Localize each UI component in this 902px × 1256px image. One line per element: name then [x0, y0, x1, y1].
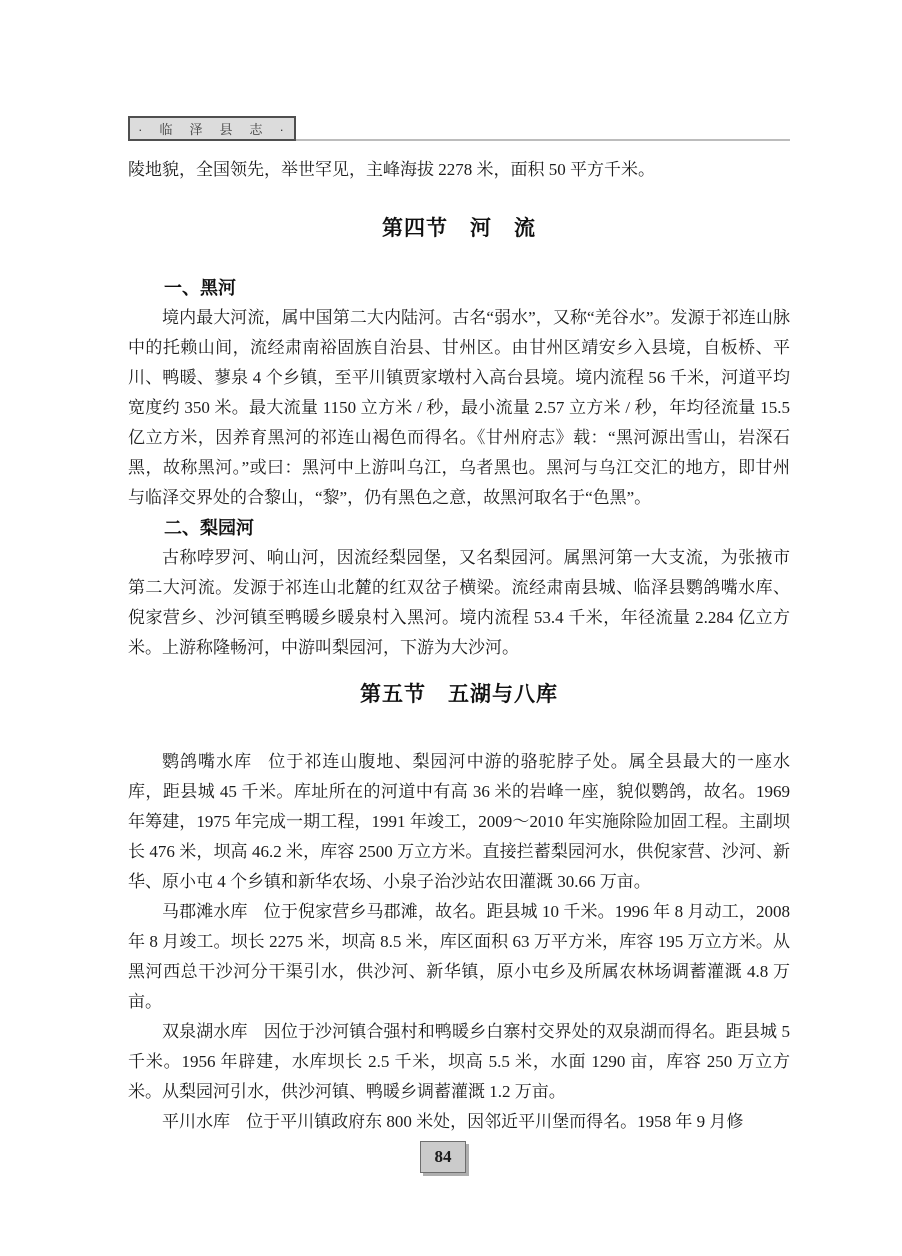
document-page: · 临 泽 县 志 · 陵地貌，全国领先，举世罕见，主峰海拔 2278 米，面积… [0, 0, 902, 1256]
entry-majuntan-reservoir: 马郡滩水库位于倪家营乡马郡滩，故名。距县城 10 千米。1996 年 8 月动工… [128, 897, 790, 1017]
entry-text: 位于平川镇政府东 800 米处，因邻近平川堡而得名。1958 年 9 月修 [246, 1112, 743, 1131]
entry-yinggezui-reservoir: 鹦鸽嘴水库位于祁连山腹地、梨园河中游的骆驼脖子处。属全县最大的一座水库，距县城 … [128, 747, 790, 897]
section-title-rivers: 第四节 河 流 [128, 215, 790, 243]
paragraph-liyuanhe: 古称哱罗河、响山河，因流经梨园堡，又名梨园河。属黑河第一大支流，为张掖市第二大河… [128, 543, 790, 663]
entry-term: 马郡滩水库 [162, 902, 264, 921]
section-title-lakes: 第五节 五湖与八库 [128, 681, 790, 709]
subsection-title-heihe: 一、黑河 [128, 273, 790, 303]
entry-pingchuan-reservoir: 平川水库位于平川镇政府东 800 米处，因邻近平川堡而得名。1958 年 9 月… [128, 1107, 790, 1137]
subsection-title-liyuanhe: 二、梨园河 [128, 513, 790, 543]
paragraph-heihe: 境内最大河流，属中国第二大内陆河。古名“弱水”，又称“羌谷水”。发源于祁连山脉中… [128, 303, 790, 513]
page-content: 陵地貌，全国领先，举世罕见，主峰海拔 2278 米，面积 50 平方千米。 第四… [128, 155, 790, 1137]
entry-term: 平川水库 [162, 1112, 246, 1131]
continued-paragraph: 陵地貌，全国领先，举世罕见，主峰海拔 2278 米，面积 50 平方千米。 [128, 155, 790, 185]
entry-text: 位于祁连山腹地、梨园河中游的骆驼脖子处。属全县最大的一座水库，距县城 45 千米… [128, 752, 790, 891]
entry-term: 鹦鸽嘴水库 [162, 752, 268, 771]
entry-shuangquanhu-reservoir: 双泉湖水库因位于沙河镇合强村和鸭暖乡白寨村交界处的双泉湖而得名。距县城 5 千米… [128, 1017, 790, 1107]
page-number-badge: 84 [420, 1141, 466, 1173]
header-title-badge: · 临 泽 县 志 · [128, 116, 296, 141]
entry-term: 双泉湖水库 [162, 1022, 264, 1041]
